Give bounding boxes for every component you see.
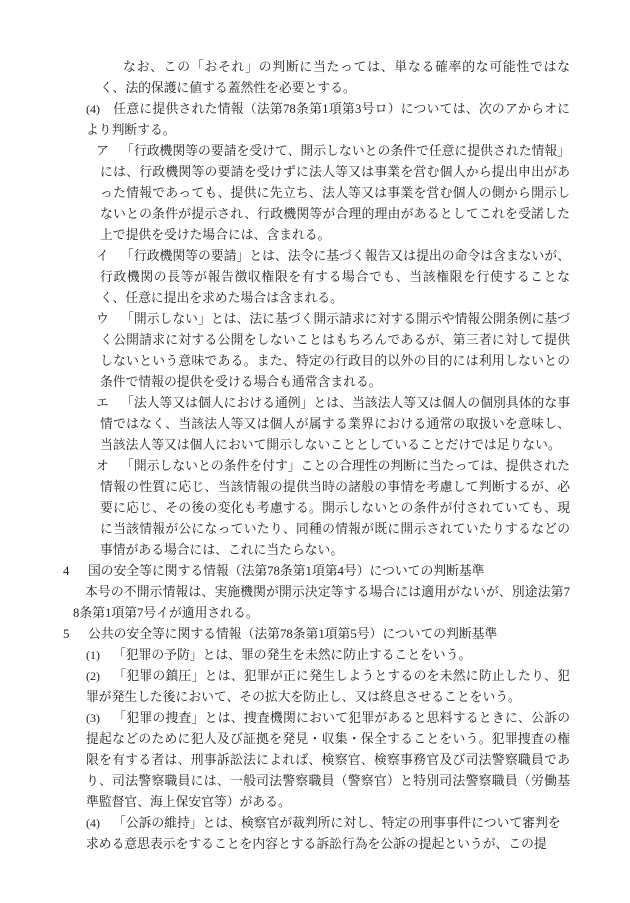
item-marker: ア xyxy=(96,141,121,162)
item-marker: イ xyxy=(96,246,121,267)
paragraph: (4)「公訴の維持」とは、検察官が裁判所に対し、特定の刑事事件について審判を求め… xyxy=(86,813,570,855)
paragraph: オ「開示しないとの条件を付す」ことの合理性の判断に当たっては、提供された情報の性… xyxy=(100,456,570,561)
paragraph-text: 「行政機関等の要請を受けて、開示しないとの条件で任意に提供された情報」には、行政… xyxy=(100,144,570,242)
item-marker: 5 xyxy=(63,624,88,645)
item-marker: ウ xyxy=(96,309,121,330)
item-marker: (4) xyxy=(86,813,113,834)
paragraph-text: 「犯罪の予防」とは、罪の発生を未然に防止することをいう。 xyxy=(113,648,471,662)
item-marker: 4 xyxy=(63,561,88,582)
paragraph: 5公共の安全等に関する情報（法第78条第1項第5号）についての判断基準 xyxy=(63,624,570,645)
paragraph-text: 「開示しないとの条件を付す」ことの合理性の判断に当たっては、提供された情報の性質… xyxy=(100,459,570,557)
paragraph-text: 「開示しない」とは、法に基づく開示請求に対する開示や情報公開条例に基づく公開請求… xyxy=(100,312,570,389)
item-marker: (3) xyxy=(86,708,113,729)
paragraph: ア「行政機関等の要請を受けて、開示しないとの条件で任意に提供された情報」には、行… xyxy=(100,141,570,246)
paragraph: (4)任意に提供された情報（法第78条第1項第3号ロ）については、次のアからオに… xyxy=(86,99,570,141)
paragraph-text: 「犯罪の鎮圧」とは、犯罪が正に発生しようとするのを未然に防止したり、犯罪が発生し… xyxy=(86,669,570,704)
paragraph: ウ「開示しない」とは、法に基づく開示請求に対する開示や情報公開条例に基づく公開請… xyxy=(100,309,570,393)
paragraph-text: 「法人等又は個人における通例」とは、当該法人等又は個人の個別具体的な事情ではなく… xyxy=(100,396,570,452)
paragraph: イ「行政機関等の要請」とは、法令に基づく報告又は提出の命令は含まないが、行政機関… xyxy=(100,246,570,309)
paragraph-text: 「犯罪の捜査」とは、捜査機関において犯罪があると思料するときに、公訴の提起などの… xyxy=(86,711,570,809)
paragraph: (2)「犯罪の鎮圧」とは、犯罪が正に発生しようとするのを未然に防止したり、犯罪が… xyxy=(86,666,570,708)
paragraph-text: 「行政機関等の要請」とは、法令に基づく報告又は提出の命令は含まないが、行政機関の… xyxy=(100,249,570,305)
paragraph-text: なお、この「おそれ」の判断に当たっては、単なる確率的な可能性ではなく、法的保護に… xyxy=(100,60,570,95)
item-marker: (2) xyxy=(86,666,113,687)
item-marker: オ xyxy=(96,456,121,477)
paragraph-text: 「公訴の維持」とは、検察官が裁判所に対し、特定の刑事事件について審判を求める意思… xyxy=(86,816,561,851)
item-marker: (1) xyxy=(86,645,113,666)
item-marker: エ xyxy=(96,393,121,414)
paragraph: なお、この「おそれ」の判断に当たっては、単なる確率的な可能性ではなく、法的保護に… xyxy=(100,57,570,99)
paragraph-text: 公共の安全等に関する情報（法第78条第1項第5号）についての判断基準 xyxy=(88,627,497,641)
paragraph: エ「法人等又は個人における通例」とは、当該法人等又は個人の個別具体的な事情ではな… xyxy=(100,393,570,456)
document-page: なお、この「おそれ」の判断に当たっては、単なる確率的な可能性ではなく、法的保護に… xyxy=(0,0,630,903)
paragraph-text: 国の安全等に関する情報（法第78条第1項第4号）についての判断基準 xyxy=(88,564,484,578)
paragraph-text: 任意に提供された情報（法第78条第1項第3号ロ）については、次のアからオにより判… xyxy=(86,102,570,137)
paragraph: 4国の安全等に関する情報（法第78条第1項第4号）についての判断基準 xyxy=(63,561,570,582)
paragraph: 本号の不開示情報は、実施機関が開示決定等する場合には適用がないが、別途法第78条… xyxy=(73,582,570,624)
paragraph-text: 本号の不開示情報は、実施機関が開示決定等する場合には適用がないが、別途法第78条… xyxy=(73,585,570,620)
paragraph: (3)「犯罪の捜査」とは、捜査機関において犯罪があると思料するときに、公訴の提起… xyxy=(86,708,570,813)
paragraph: (1)「犯罪の予防」とは、罪の発生を未然に防止することをいう。 xyxy=(86,645,570,666)
document-body: なお、この「おそれ」の判断に当たっては、単なる確率的な可能性ではなく、法的保護に… xyxy=(63,57,570,855)
item-marker: (4) xyxy=(86,99,113,120)
